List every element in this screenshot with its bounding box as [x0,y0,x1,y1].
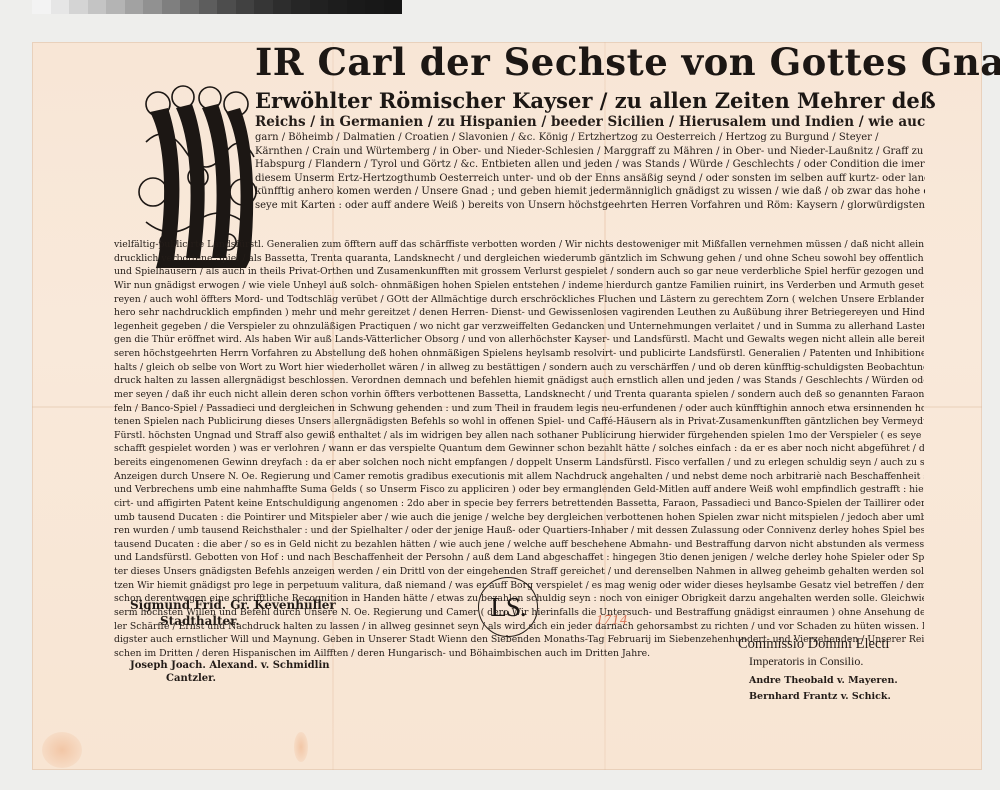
signatory-role: Stadthalter. [130,614,336,628]
gray-swatch [51,0,70,14]
intro-line: künfftig anhero komen werden / Unsere Gn… [255,185,925,199]
signatory-name: Sigmund Frid. Gr. Kevenhüller [130,598,336,612]
commission-line: Commissio Domini Electi [738,636,898,653]
body-line: mer seyen / daß ihr euch nicht allein de… [114,388,924,402]
intro-line: seye mit Karten : oder auff andere Weiß … [255,199,925,213]
gray-swatch [69,0,88,14]
body-line: bereits eingenomenen Gewinn dreyfach : d… [114,456,924,470]
body-line: gen die Thür eröffnet wird. Als haben Wi… [114,333,924,347]
gray-swatch [106,0,125,14]
gray-swatch [88,0,107,14]
body-line: und Spielhäusern / als auch in theils Pr… [114,265,924,279]
decree-title: IR Carl der Sechste von Gottes Gnaden [255,40,925,84]
intro-line: diesem Unserm Ertz-Hertzogthumb Oesterre… [255,172,925,186]
body-line: Anzeigen durch Unsere N. Oe. Regierung u… [114,470,924,484]
body-line: druck halten zu lassen allergnädigst bes… [114,374,924,388]
grayscale-calibration-strip [32,0,402,14]
body-line: drucklich verbottene Spiel / als Bassett… [114,252,924,266]
gray-swatch [291,0,310,14]
signatory-role: Cantzler. [130,673,330,684]
body-line: Fürstl. höchsten Ungnad und Straff also … [114,429,924,443]
gray-swatch [32,0,51,14]
gray-swatch [365,0,384,14]
body-line: umb tausend Ducaten : die Pointirer und … [114,511,924,525]
body-line: legenheit gegeben / die Verspieler zu oh… [114,320,924,334]
handwritten-year: 1714 [596,613,628,629]
gray-swatch [384,0,403,14]
gray-swatch [125,0,144,14]
gray-swatch [199,0,218,14]
commission-line: Imperatoris in Consilio. [738,654,898,669]
body-line: reyen / auch wohl öffters Mord- und Todt… [114,293,924,307]
gray-swatch [143,0,162,14]
body-line: feln / Banco-Spiel / Passadieci und derg… [114,402,924,416]
body-line: vielfältig-publicirte Landsfürstl. Gener… [114,238,924,252]
intro-line: garn / Böheimb / Dalmatien / Croatien / … [255,131,925,145]
body-line: hero sehr nachdrucklich empfinden ) mehr… [114,306,924,320]
locus-sigilli-seal: LS. [478,577,538,637]
body-line: halts / gleich ob selbe von Wort zu Wort… [114,361,924,375]
body-line: Wir nun gnädigst erwogen / wie viele Unh… [114,279,924,293]
body-line: und Verbrechens umb eine nahmhaffte Suma… [114,483,924,497]
gray-swatch [217,0,236,14]
body-line: und Landsfürstl. Gebotten von Hof : und … [114,551,924,565]
intro-line: Kärnthen / Crain und Würtemberg / in Obe… [255,145,925,159]
body-line: tenen Spielen nach Publicirung dieses Un… [114,415,924,429]
signatory-name: Andre Theobald v. Mayeren. [738,675,898,686]
gray-swatch [236,0,255,14]
intro-paragraph: Reichs / in Germanien / zu Hispanien / b… [255,114,925,213]
signatory-name: Bernhard Frantz v. Schick. [738,691,898,702]
gray-swatch [273,0,292,14]
paper-stain [42,732,82,768]
intro-line: Habspurg / Flandern / Tyrol und Görtz / … [255,158,925,172]
body-line: ren wurden / umb tausend Reichsthaler : … [114,524,924,538]
gray-swatch [347,0,366,14]
gray-swatch [162,0,181,14]
body-line: schafft gespielet worden ) was er verloh… [114,442,924,456]
gray-swatch [310,0,329,14]
body-line: ter dieses Unsers gnädigsten Befehls anz… [114,565,924,579]
gray-swatch [254,0,273,14]
intro-line: Reichs / in Germanien / zu Hispanien / b… [255,114,925,131]
signature-stadthalter: Sigmund Frid. Gr. Kevenhüller Stadthalte… [130,598,336,628]
body-line: seren höchstgeehrten Herrn Vorfahren zu … [114,347,924,361]
gray-swatch [328,0,347,14]
signatory-name: Joseph Joach. Alexand. v. Schmidlin [130,660,330,671]
decree-subtitle: Erwöhlter Römischer Kayser / zu allen Ze… [255,88,925,114]
signature-commission: Commissio Domini Electi Imperatoris in C… [738,636,898,702]
body-line: cirt- und affigirten Patent keine Entsch… [114,497,924,511]
body-line: tausend Ducaten : die aber / so es in Ge… [114,538,924,552]
signature-cantzler: Joseph Joach. Alexand. v. Schmidlin Cant… [130,660,330,684]
paper-stain [294,732,308,762]
gray-swatch [180,0,199,14]
